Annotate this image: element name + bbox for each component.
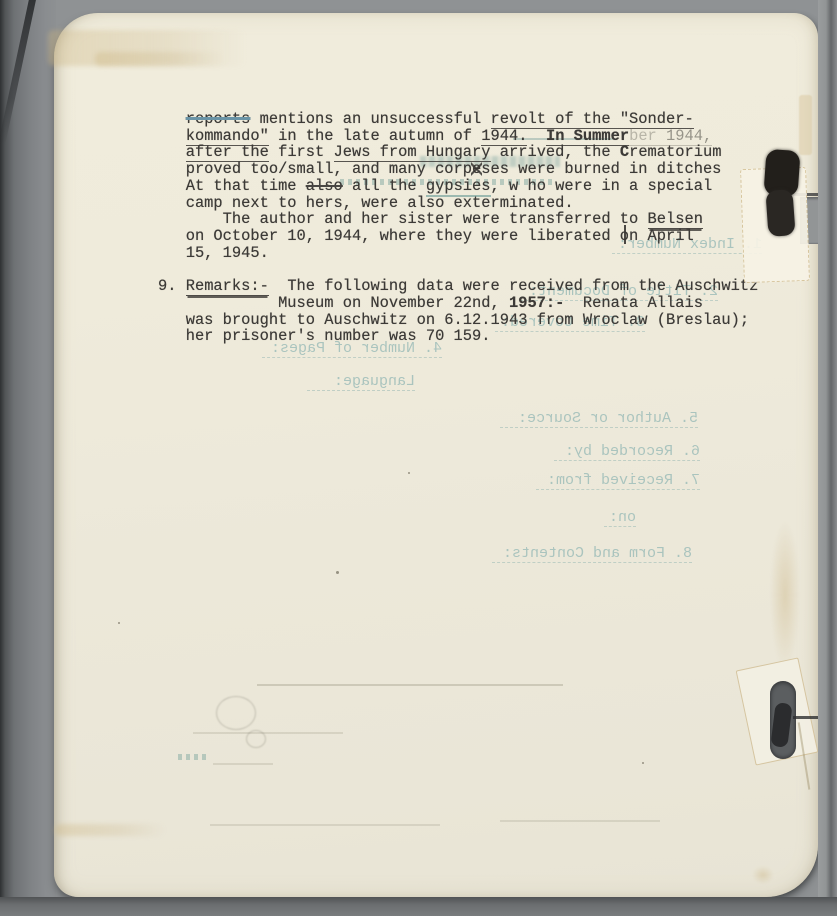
typed-segment: 15, 1945. <box>158 244 269 262</box>
typed-segment <box>158 127 186 145</box>
typed-segment: arrived, the <box>491 143 620 161</box>
typed-segment: 9. <box>158 277 186 295</box>
typed-segment: ses were burned in ditches <box>481 160 721 178</box>
typed-line: was brought to Auschwitz on 6.12.1943 fr… <box>158 311 758 328</box>
scanned-page-scene: 1. Index Number:2. Title of Document:3. … <box>0 0 837 916</box>
typed-line: after the first Jews from Hungary arrive… <box>158 143 758 160</box>
typed-segment: C <box>620 143 629 161</box>
binder-left-edge <box>0 0 56 916</box>
typed-line: her prisoner's number was 70 159. <box>158 327 758 344</box>
typed-segment <box>158 143 186 161</box>
typed-text-block: reports mentions an unsuccessful revolt … <box>158 110 758 344</box>
typed-line: Museum on November 22nd, 1957:- Renata A… <box>158 294 758 311</box>
typed-line <box>158 260 758 277</box>
typed-segment: At that time <box>158 177 306 195</box>
typed-line: camp next to hers, were also exterminate… <box>158 194 758 211</box>
typed-line: 15, 1945. <box>158 244 758 261</box>
typed-segment: o <box>620 227 629 245</box>
typed-segment: reports <box>186 110 251 128</box>
typed-segment: The author and her sister were transferr… <box>158 210 648 228</box>
backing-right-edge <box>818 0 837 916</box>
typed-segment: her prisoner's number was 70 159. <box>158 327 491 345</box>
typed-segment: 1957:- <box>509 294 564 312</box>
typed-segment: mentions an unsuccessful <box>250 110 490 128</box>
typed-segment: camp next to hers, were also exterminate… <box>158 194 574 212</box>
typed-segment: Museum on November 22nd, <box>158 294 509 312</box>
typed-line: The author and her sister were transferr… <box>158 210 758 227</box>
typed-line: At that time also all the gypsies, w ho … <box>158 177 758 194</box>
tape-fragment-top-edge <box>799 95 812 155</box>
typed-segment: e <box>472 160 481 178</box>
typed-segment: The following data were received from th… <box>269 277 759 295</box>
typed-segment: first <box>269 143 334 161</box>
typed-segment: , w ho were in a special <box>491 177 713 195</box>
typed-segment <box>527 127 545 145</box>
typed-segment: in the late autumn of <box>269 127 481 145</box>
typed-segment: all the <box>343 177 426 195</box>
typed-line: on October 10, 1944, where they were lib… <box>158 227 758 244</box>
typed-line: kommando" in the late autumn of 1944. In… <box>158 127 758 144</box>
typed-line: 9. Remarks:- The following data were rec… <box>158 277 758 294</box>
typed-segment: n April <box>629 227 694 245</box>
typed-segment <box>158 110 186 128</box>
typed-segment: rematorium <box>629 143 721 161</box>
punch-hole-top-lower <box>765 189 795 237</box>
typed-line: reports mentions an unsuccessful revolt … <box>158 110 758 127</box>
typed-segment: on October 10, 1944, where they were lib… <box>158 227 620 245</box>
edge-slit-bottom <box>793 716 819 719</box>
typed-segment: was brought to Auschwitz on 6.12.1943 fr… <box>158 311 749 329</box>
typed-segment: proved too/small, and many corp <box>158 160 472 178</box>
backing-bottom-edge <box>0 897 837 916</box>
typed-segment: Renata Allais <box>564 294 703 312</box>
typed-segment: also <box>306 177 343 195</box>
typed-line: proved too/small, and many corpeses were… <box>158 160 758 177</box>
